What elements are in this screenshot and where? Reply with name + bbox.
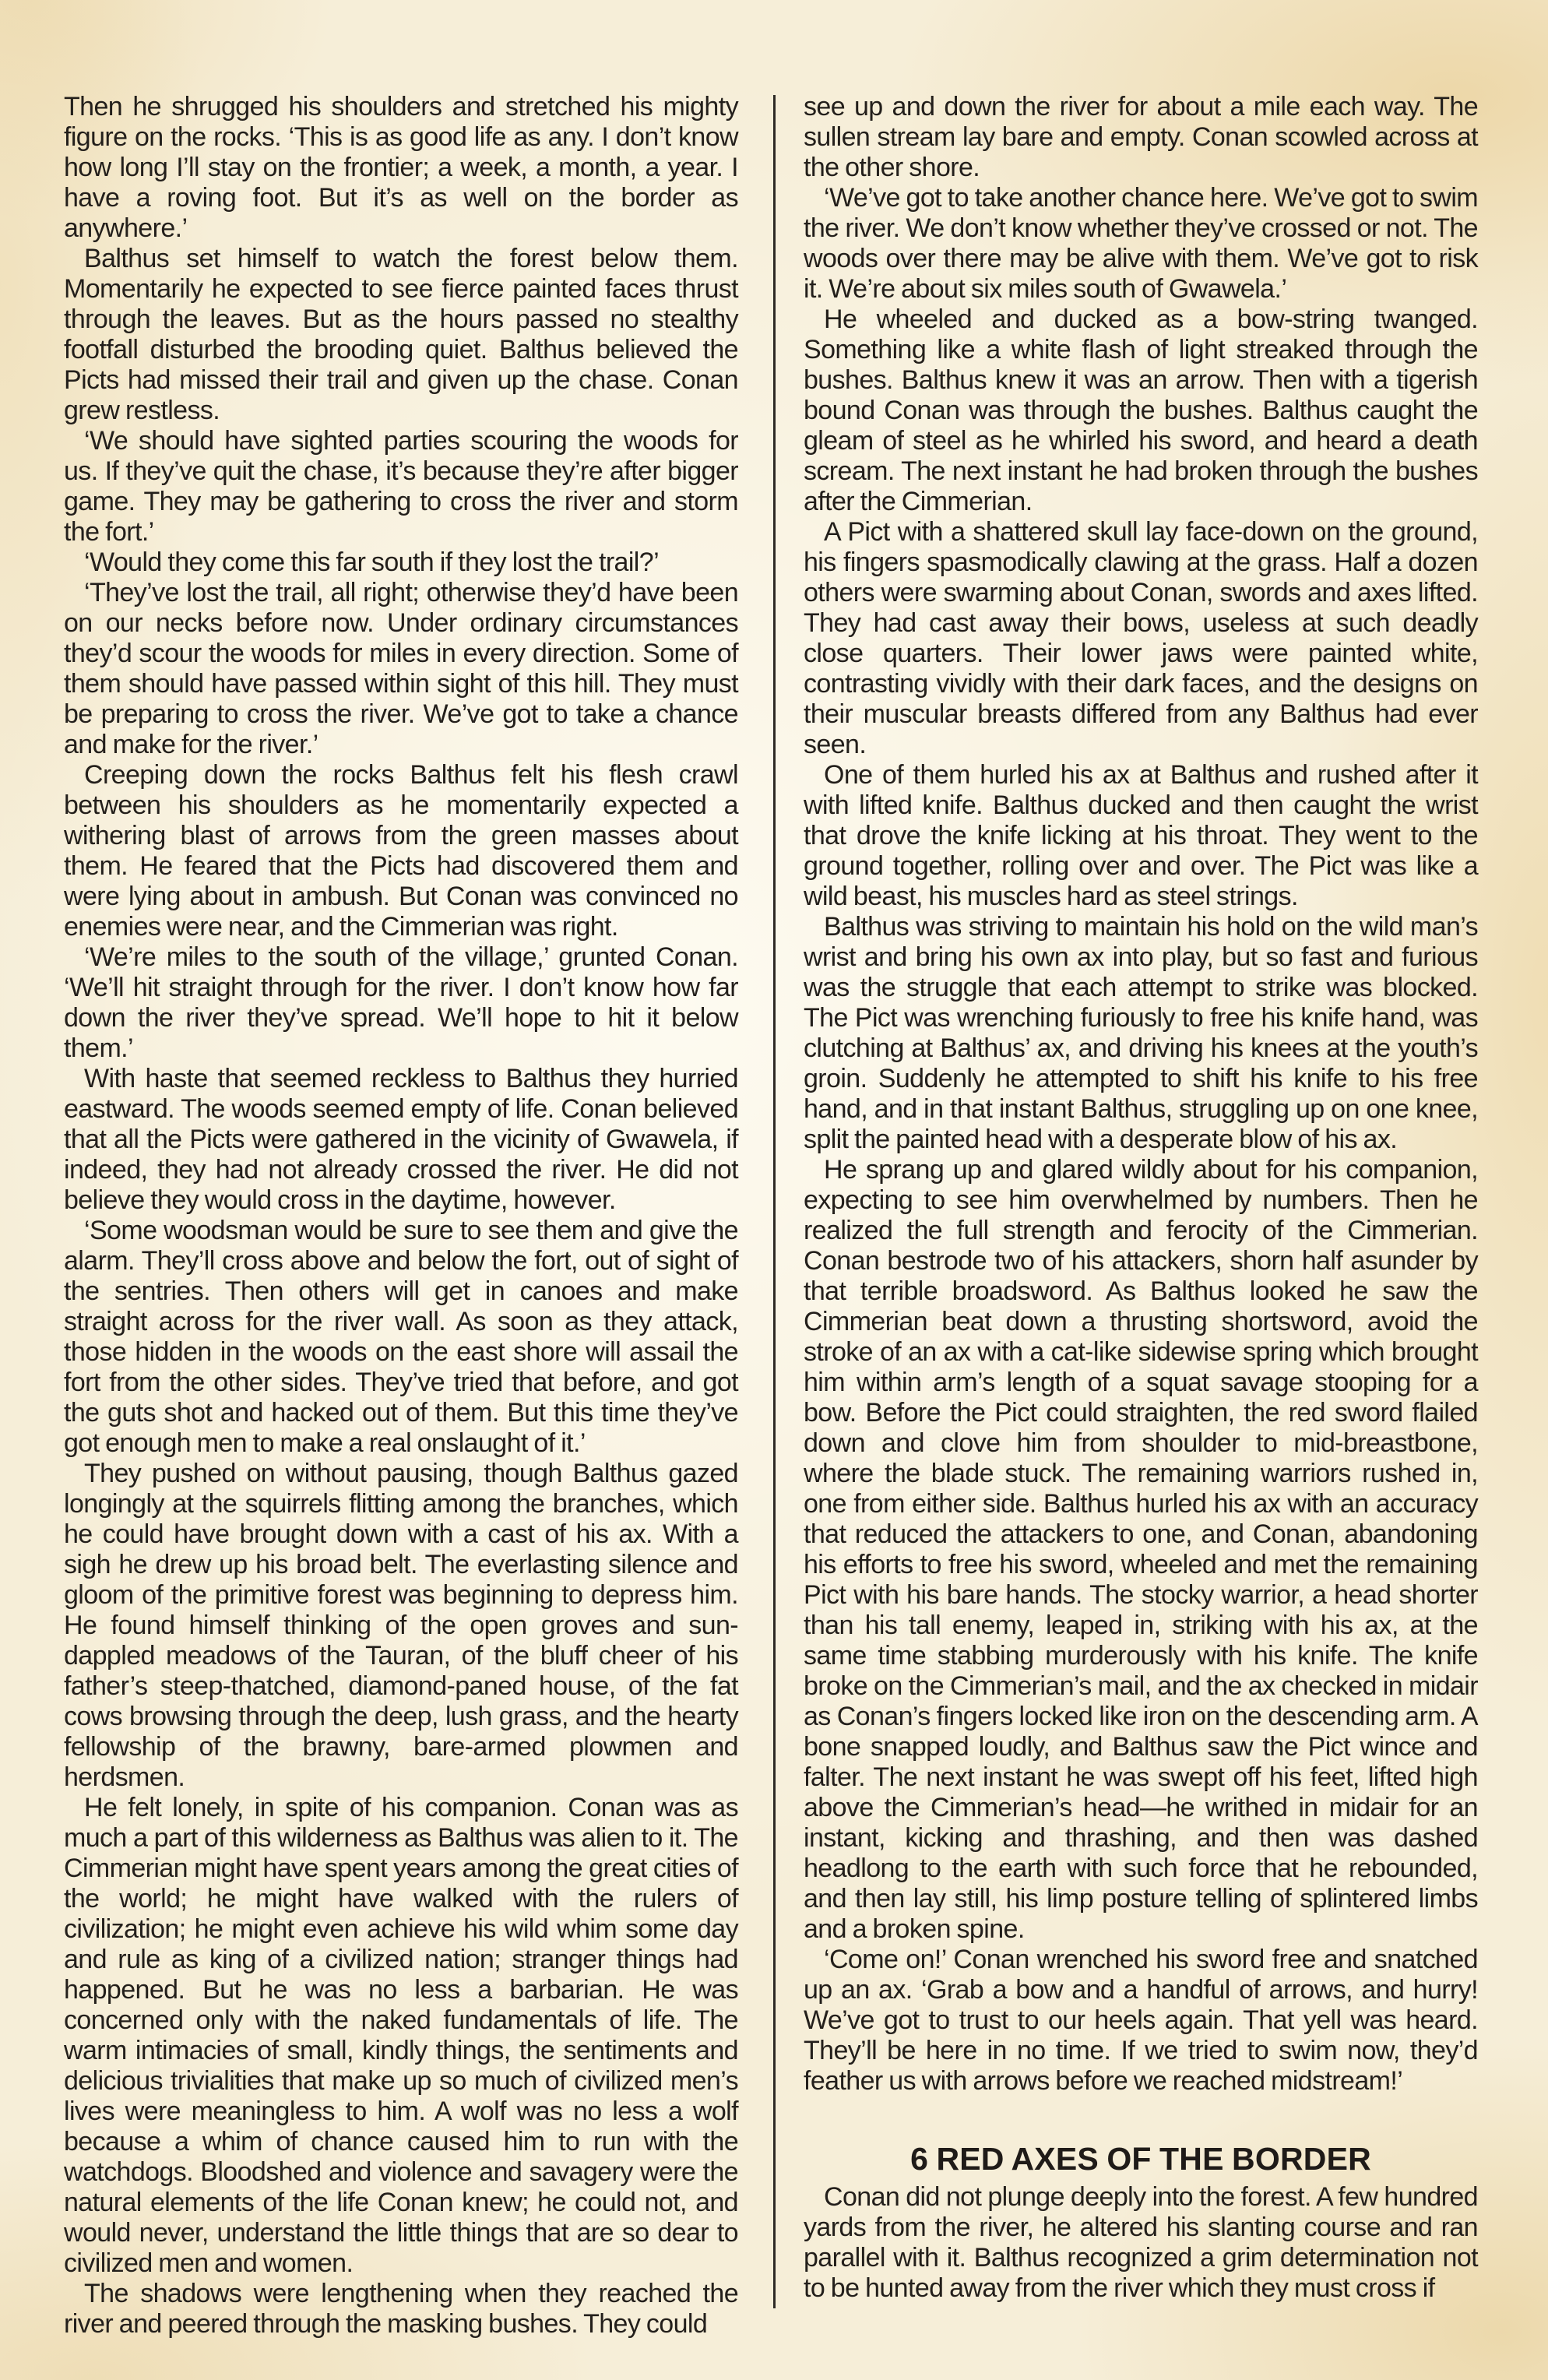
story-paragraph: With haste that seemed reckless to Balth… [64, 1064, 738, 1216]
story-paragraph: ‘We’re miles to the south of the village… [64, 942, 738, 1064]
story-paragraph: Then he shrugged his shoulders and stret… [64, 92, 738, 244]
story-paragraph: Conan did not plunge deeply into the for… [804, 2182, 1478, 2304]
story-paragraph: ‘They’ve lost the trail, all right; othe… [64, 578, 738, 760]
story-paragraph: ‘We should have sighted parties scouring… [64, 426, 738, 547]
story-paragraph: Balthus set himself to watch the forest … [64, 244, 738, 426]
story-paragraph: The shadows were lengthening when they r… [64, 2279, 738, 2340]
story-paragraph: Balthus was striving to maintain his hol… [804, 912, 1478, 1155]
story-paragraph: He felt lonely, in spite of his companio… [64, 1793, 738, 2279]
chapter-heading: 6 RED AXES OF THE BORDER [804, 2142, 1478, 2176]
left-column: Then he shrugged his shoulders and stret… [64, 92, 738, 2340]
story-paragraph: They pushed on without pausing, though B… [64, 1459, 738, 1793]
story-paragraph: ‘We’ve got to take another chance here. … [804, 183, 1478, 305]
story-paragraph: ‘Some woodsman would be sure to see them… [64, 1216, 738, 1459]
story-paragraph: ‘Would they come this far south if they … [64, 547, 738, 578]
story-paragraph: Creeping down the rocks Balthus felt his… [64, 760, 738, 942]
right-column: see up and down the river for about a mi… [804, 92, 1478, 2304]
story-paragraph: He sprang up and glared wildly about for… [804, 1155, 1478, 1945]
story-paragraph: He wheeled and ducked as a bow-string tw… [804, 305, 1478, 517]
story-paragraph: One of them hurled his ax at Balthus and… [804, 760, 1478, 912]
story-paragraph: ‘Come on!’ Conan wrenched his sword free… [804, 1945, 1478, 2097]
story-paragraph: see up and down the river for about a mi… [804, 92, 1478, 183]
column-divider [773, 95, 776, 2308]
book-page: Then he shrugged his shoulders and stret… [0, 0, 1548, 2380]
story-paragraph: A Pict with a shattered skull lay face-d… [804, 517, 1478, 760]
